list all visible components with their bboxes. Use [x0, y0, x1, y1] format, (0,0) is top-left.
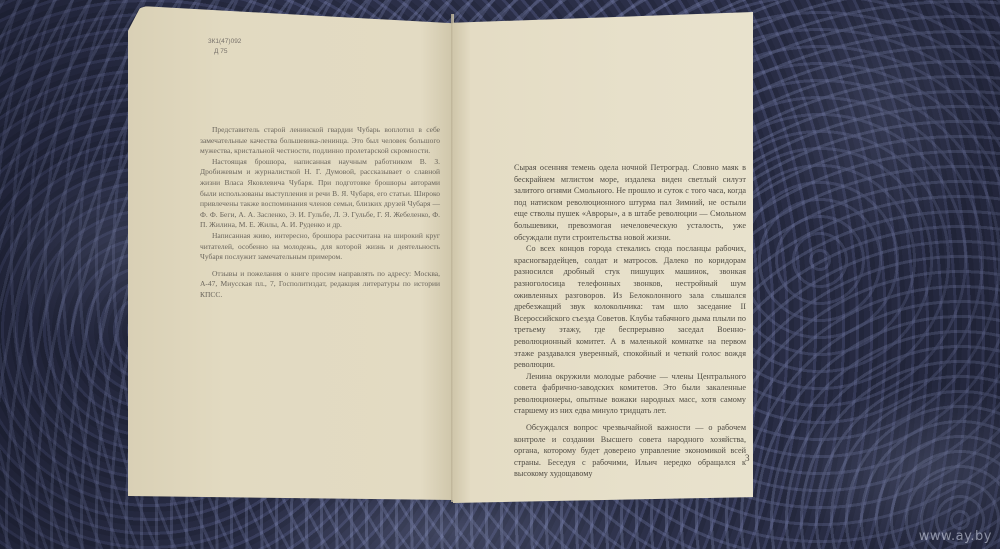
feedback-address: Отзывы и пожелания о книге просим направ…	[200, 269, 440, 301]
annotation-paragraph: Настоящая брошюра, написанная научным ра…	[200, 157, 440, 231]
body-paragraph: Со всех концов города стекались сюда пос…	[514, 243, 746, 371]
watermark: www.ay.by	[919, 529, 992, 544]
annotation-paragraph: Написанная живо, интересно, брошюра расс…	[200, 231, 440, 263]
page-number: 3	[745, 453, 750, 463]
body-paragraph: Сырая осенняя темень одела ночной Петрог…	[514, 162, 746, 243]
left-page-annotation: Представитель старой ленинской гвардии Ч…	[200, 125, 440, 301]
catalog-code: 3К1(47)092 Д 75	[208, 37, 241, 57]
annotation-paragraph: Представитель старой ленинской гвардии Ч…	[200, 125, 440, 157]
body-paragraph: Обсуждался вопрос чрезвычайной важности …	[514, 422, 746, 480]
booklet-spine	[451, 14, 454, 502]
right-page-body: Сырая осенняя темень одела ночной Петрог…	[514, 162, 746, 480]
catalog-code-letter: Д 75	[208, 47, 241, 57]
catalog-code-number: 3К1(47)092	[208, 37, 241, 47]
body-paragraph: Ленина окружили молодые рабочие — члены …	[514, 371, 746, 417]
